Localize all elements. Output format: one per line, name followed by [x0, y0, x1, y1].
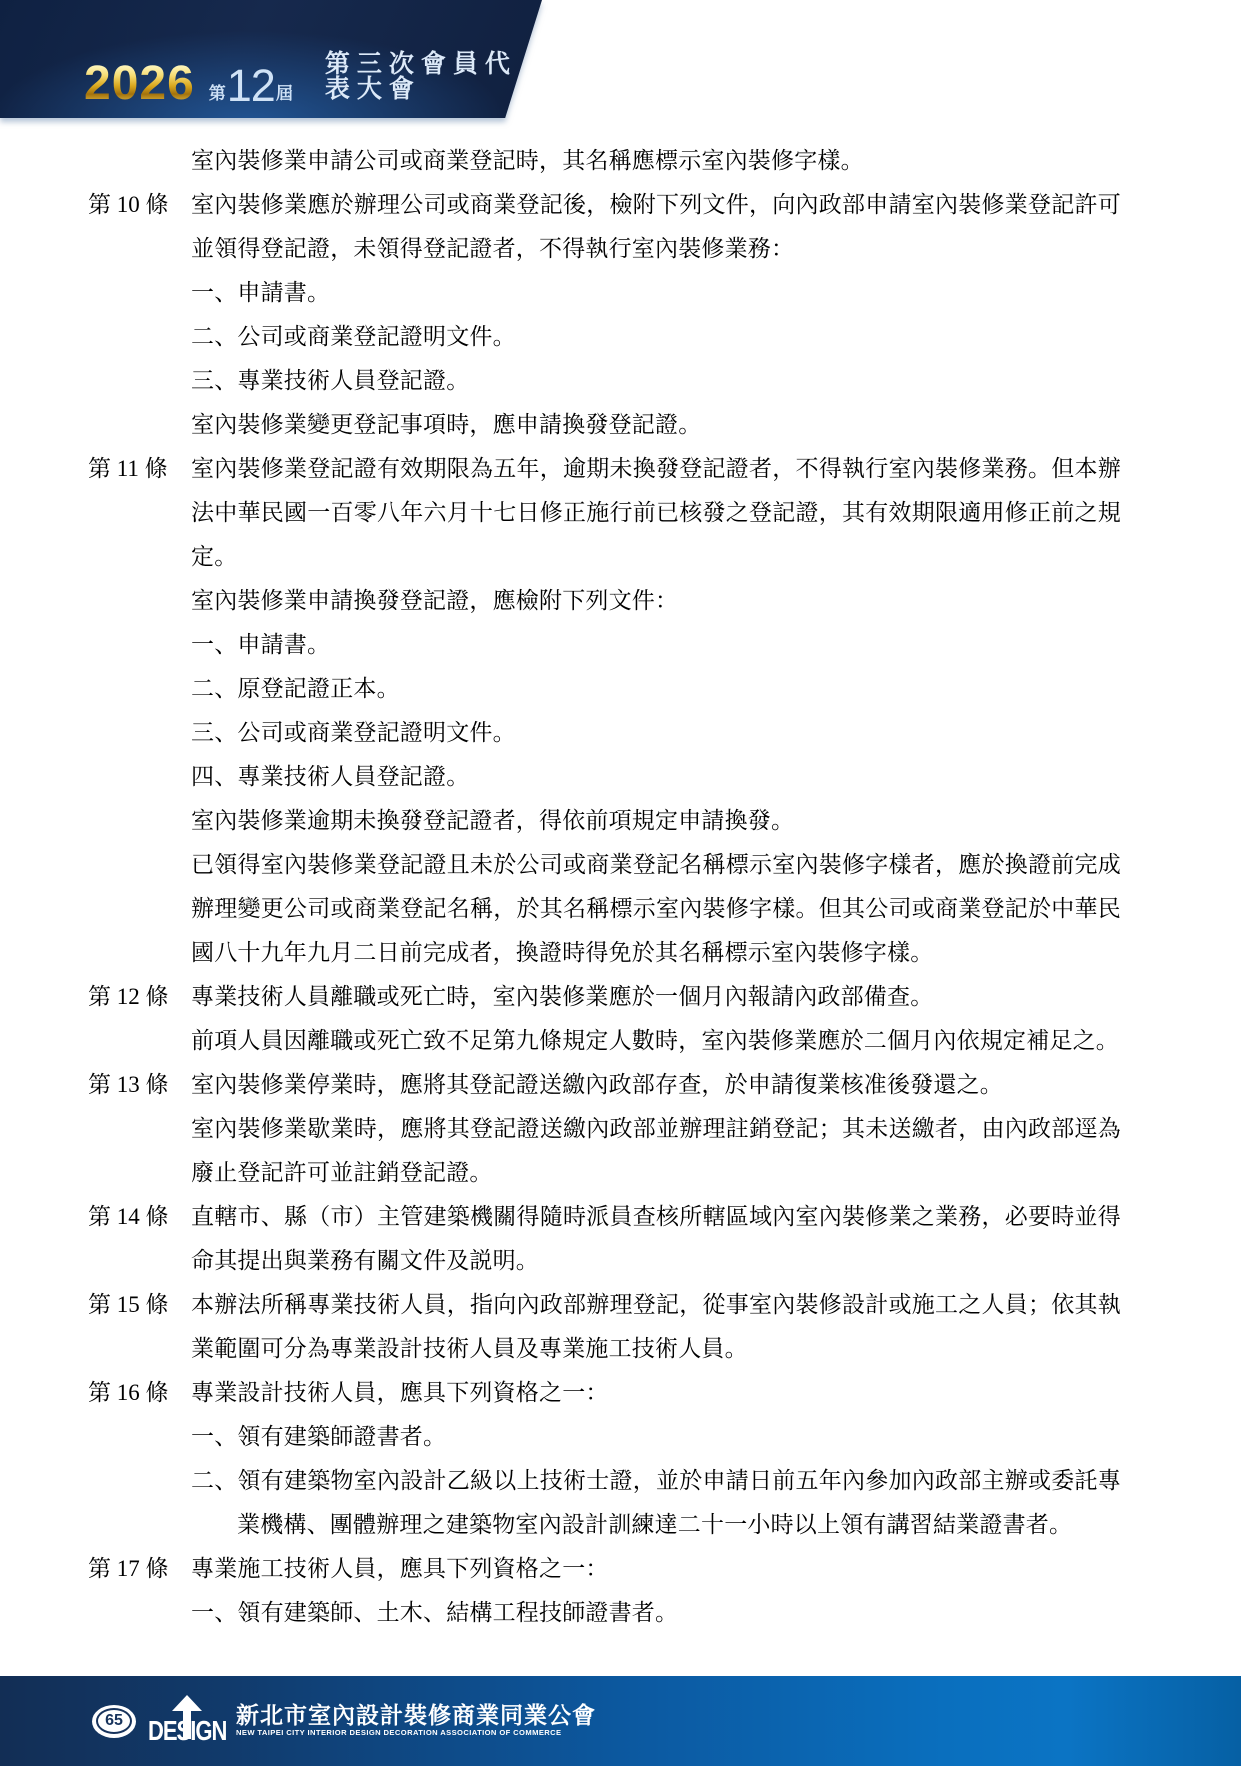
logo-wordmark: DESIGN	[148, 1718, 226, 1746]
association-logo: DESIGN	[148, 1693, 226, 1749]
article-label: 第 11 條	[88, 447, 191, 491]
article-block: 第 11 條 室內裝修業登記證有效期限為五年，逾期未換發登記證者，不得執行室內裝…	[88, 447, 1121, 975]
paragraph: 專業施工技術人員，應具下列資格之一：	[191, 1547, 1121, 1591]
articles: 室內裝修業申請公司或商業登記時，其名稱應標示室內裝修字樣。 第 10 條 室內裝…	[88, 139, 1121, 1635]
article-block: 第 17 條 專業施工技術人員，應具下列資格之一：一、領有建築師、土木、結構工程…	[88, 1547, 1121, 1635]
article-body: 專業設計技術人員，應具下列資格之一：一、領有建築師證書者。二、領有建築物室內設計…	[191, 1371, 1121, 1547]
list-item: 四、專業技術人員登記證。	[191, 755, 1121, 799]
article-block: 室內裝修業申請公司或商業登記時，其名稱應標示室內裝修字樣。	[88, 139, 1121, 183]
article-block: 第 14 條 直轄市、縣（市）主管建築機關得隨時派員查核所轄區域內室內裝修業之業…	[88, 1195, 1121, 1283]
page-number: 65	[96, 1708, 132, 1734]
list-item: 一、申請書。	[191, 271, 1121, 315]
article-label: 第 17 條	[88, 1547, 191, 1591]
association-names: 新北市室內設計裝修商業同業公會 NEW TAIPEI CITY INTERIOR…	[236, 1703, 596, 1739]
article-label: 第 10 條	[88, 183, 191, 227]
year-label: 2026	[84, 63, 195, 105]
article-label: 第 16 條	[88, 1371, 191, 1415]
article-body: 室內裝修業應於辦理公司或商業登記後，檢附下列文件，向內政部申請室內裝修業登記許可…	[191, 183, 1121, 447]
paragraph: 已領得室內裝修業登記證且未於公司或商業登記名稱標示室內裝修字樣者，應於換證前完成…	[191, 843, 1121, 975]
paragraph: 前項人員因離職或死亡致不足第九條規定人數時，室內裝修業應於二個月內依規定補足之。	[191, 1019, 1121, 1063]
list-item: 三、專業技術人員登記證。	[191, 359, 1121, 403]
list-item: 二、公司或商業登記證明文件。	[191, 315, 1121, 359]
article-body: 室內裝修業申請公司或商業登記時，其名稱應標示室內裝修字樣。	[191, 139, 1121, 183]
footer-bar: 65 DESIGN 新北市室內設計裝修商業同業公會 NEW TAIPEI CIT…	[0, 1676, 1241, 1766]
paragraph: 室內裝修業申請公司或商業登記時，其名稱應標示室內裝修字樣。	[191, 139, 1121, 183]
list-item: 一、領有建築師證書者。	[191, 1415, 1121, 1459]
paragraph: 室內裝修業登記證有效期限為五年，逾期未換發登記證者，不得執行室內裝修業務。但本辦…	[191, 447, 1121, 579]
paragraph: 專業技術人員離職或死亡時，室內裝修業應於一個月內報請內政部備查。	[191, 975, 1121, 1019]
association-name-en: NEW TAIPEI CITY INTERIOR DESIGN DECORATI…	[236, 1728, 596, 1739]
article-label: 第 14 條	[88, 1195, 191, 1239]
session-suffix: 屆	[276, 85, 293, 102]
paragraph: 專業設計技術人員，應具下列資格之一：	[191, 1371, 1121, 1415]
header-banner-shape: 2026 第 12 屆 第三次會員代表大會	[0, 0, 542, 118]
list-item: 一、申請書。	[191, 623, 1121, 667]
list-item: 二、領有建築物室內設計乙級以上技術士證，並於申請日前五年內參加內政部主辦或委託專…	[191, 1459, 1121, 1547]
article-body: 室內裝修業登記證有效期限為五年，逾期未換發登記證者，不得執行室內裝修業務。但本辦…	[191, 447, 1121, 975]
article-body: 直轄市、縣（市）主管建築機關得隨時派員查核所轄區域內室內裝修業之業務，必要時並得…	[191, 1195, 1121, 1283]
paragraph: 室內裝修業逾期未換發登記證者，得依前項規定申請換發。	[191, 799, 1121, 843]
article-label: 第 13 條	[88, 1063, 191, 1107]
article-body: 室內裝修業停業時，應將其登記證送繳內政部存查，於申請復業核准後發還之。室內裝修業…	[191, 1063, 1121, 1195]
paragraph: 室內裝修業變更登記事項時，應申請換發登記證。	[191, 403, 1121, 447]
session-prefix: 第	[209, 85, 226, 102]
article-block: 第 16 條 專業設計技術人員，應具下列資格之一：一、領有建築師證書者。二、領有…	[88, 1371, 1121, 1547]
article-block: 第 15 條 本辦法所稱專業技術人員，指向內政部辦理登記，從事室內裝修設計或施工…	[88, 1283, 1121, 1371]
paragraph: 室內裝修業歇業時，應將其登記證送繳內政部並辦理註銷登記；其未送繳者，由內政部逕為…	[191, 1107, 1121, 1195]
paragraph: 室內裝修業應於辦理公司或商業登記後，檢附下列文件，向內政部申請室內裝修業登記許可…	[191, 183, 1121, 271]
article-body: 專業施工技術人員，應具下列資格之一：一、領有建築師、土木、結構工程技師證書者。	[191, 1547, 1121, 1635]
article-label: 第 12 條	[88, 975, 191, 1019]
paragraph: 本辦法所稱專業技術人員，指向內政部辦理登記，從事室內裝修設計或施工之人員；依其執…	[191, 1283, 1121, 1371]
header-banner: 2026 第 12 屆 第三次會員代表大會	[0, 0, 542, 118]
article-body: 專業技術人員離職或死亡時，室內裝修業應於一個月內報請內政部備查。前項人員因離職或…	[191, 975, 1121, 1063]
session-number: 12	[227, 68, 275, 105]
meeting-title: 第三次會員代表大會	[325, 52, 542, 102]
document-page: 2026 第 12 屆 第三次會員代表大會 室內裝修業申請公司或商業登記時，其名…	[0, 0, 1241, 1766]
paragraph: 室內裝修業申請換發登記證，應檢附下列文件：	[191, 579, 1121, 623]
article-label: 第 15 條	[88, 1283, 191, 1327]
header-banner-content: 2026 第 12 屆 第三次會員代表大會	[84, 52, 542, 105]
session-label: 第 12 屆	[209, 68, 293, 105]
list-item: 一、領有建築師、土木、結構工程技師證書者。	[191, 1591, 1121, 1635]
footer-content: 65 DESIGN 新北市室內設計裝修商業同業公會 NEW TAIPEI CIT…	[92, 1676, 596, 1766]
association-name-zh: 新北市室內設計裝修商業同業公會	[236, 1703, 596, 1727]
list-item: 二、原登記證正本。	[191, 667, 1121, 711]
article-block: 第 10 條 室內裝修業應於辦理公司或商業登記後，檢附下列文件，向內政部申請室內…	[88, 183, 1121, 447]
article-body: 本辦法所稱專業技術人員，指向內政部辦理登記，從事室內裝修設計或施工之人員；依其執…	[191, 1283, 1121, 1371]
paragraph: 室內裝修業停業時，應將其登記證送繳內政部存查，於申請復業核准後發還之。	[191, 1063, 1121, 1107]
article-block: 第 12 條 專業技術人員離職或死亡時，室內裝修業應於一個月內報請內政部備查。前…	[88, 975, 1121, 1063]
page-number-badge: 65	[92, 1705, 136, 1738]
article-block: 第 13 條 室內裝修業停業時，應將其登記證送繳內政部存查，於申請復業核准後發還…	[88, 1063, 1121, 1195]
paragraph: 直轄市、縣（市）主管建築機關得隨時派員查核所轄區域內室內裝修業之業務，必要時並得…	[191, 1195, 1121, 1283]
list-item: 三、公司或商業登記證明文件。	[191, 711, 1121, 755]
